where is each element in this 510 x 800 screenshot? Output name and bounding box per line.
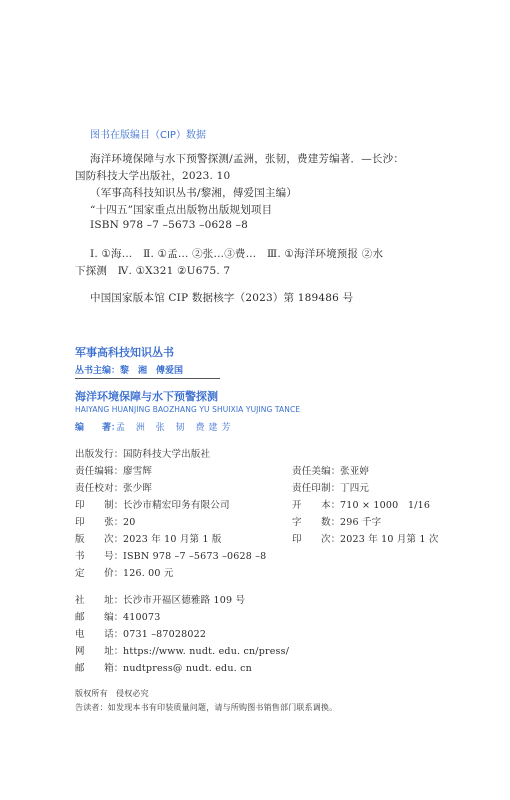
contact-value: 0731 –87028022 [123,629,206,640]
pub-row-sheets: 印 张：20 [75,514,136,528]
contact-label: 电 话： [75,626,123,640]
pub-row-printing: 印 次：2023 年 10 月第 1 次 [292,531,439,545]
pub-row-publisher: 出版发行：国防科技大学出版社 [75,446,210,460]
pub-row-proofreader: 责任校对：张少晖 [75,480,152,494]
pub-label: 出版发行： [75,446,123,460]
pub-row-art-editor: 责任美编：张亚婷 [292,463,369,477]
pub-row-isbn: 书 号：ISBN 978 –7 –5673 –0628 –8 [75,548,266,562]
pub-row-price: 定 价：126. 00 元 [75,565,174,579]
cip-classification-1: Ⅰ. ①海… Ⅱ. ①孟… ②张…③费… Ⅲ. ①海洋环境预报 ②水 [90,246,383,261]
series-editors: 丛书主编：黎 湘 傅爱国 [75,363,183,376]
pub-value: 2023 年 10 月第 1 次 [340,534,439,545]
contact-email: 邮 箱：nudtpress@ nudt. edu. cn [75,660,252,674]
pub-label: 定 价： [75,565,123,579]
contact-phone: 电 话：0731 –87028022 [75,626,206,640]
pub-value: 126. 00 元 [123,568,174,579]
contact-value: nudtpress@ nudt. edu. cn [123,663,252,674]
book-pinyin: HAIYANG HUANJING BAOZHANG YU SHUIXIA YUJ… [75,405,300,414]
cip-isbn: ISBN 978 –7 –5673 –0628 –8 [90,219,248,231]
cip-line-2: 国防科技大学出版社，2023. 10 [75,168,230,183]
contact-value: https://www. nudt. edu. cn/press/ [123,646,289,657]
pub-value: 张亚婷 [340,466,369,477]
contact-value: 410073 [123,612,160,623]
pub-value: 长沙市精宏印务有限公司 [123,500,230,511]
pub-value: 廖雪辉 [123,466,152,477]
cip-line-4: “十四五”国家重点出版物出版规划项目 [90,202,272,217]
cip-line-3: （军事高科技知识丛书/黎湘，傅爱国主编） [90,185,297,200]
contact-value: 长沙市开福区德雅路 109 号 [123,595,245,606]
authors-value: 孟 洲 张 韧 费建芳 [116,420,234,433]
contact-address: 社 址：长沙市开福区德雅路 109 号 [75,592,245,606]
pub-row-word-count: 字 数：296 千字 [292,514,381,528]
pub-value: 20 [123,517,136,528]
pub-label: 书 号： [75,548,123,562]
contact-postcode: 邮 编：410073 [75,609,160,623]
pub-label: 责任编辑： [75,463,123,477]
series-title: 军事高科技知识丛书 [75,344,174,360]
contact-label: 邮 箱： [75,660,123,674]
pub-value: ISBN 978 –7 –5673 –0628 –8 [123,551,266,562]
reader-notice: 告读者：如发现本书有印装质量问题，请与所购图书销售部门联系调换。 [75,702,337,713]
pub-value: 丁四元 [340,483,369,494]
book-title: 海洋环境保障与水下预警探测 [75,388,218,404]
divider [75,378,220,379]
pub-row-edition: 版 次：2023 年 10 月第 1 版 [75,531,222,545]
pub-label: 印 制： [75,497,123,511]
pub-label: 责任美编： [292,463,340,477]
contact-label: 网 址： [75,643,123,657]
pub-value: 国防科技大学出版社 [123,449,210,460]
contact-website: 网 址：https://www. nudt. edu. cn/press/ [75,643,289,657]
pub-label: 印 次： [292,531,340,545]
cip-heading: 图书在版编目（CIP）数据 [90,126,206,141]
pub-label: 开 本： [292,497,340,511]
copyright-notice: 版权所有 侵权必究 [75,688,149,699]
pub-value: 2023 年 10 月第 1 版 [123,534,222,545]
contact-label: 邮 编： [75,609,123,623]
pub-value: 296 千字 [340,517,381,528]
pub-label: 责任校对： [75,480,123,494]
pub-row-format: 开 本：710 × 1000 1/16 [292,497,430,511]
pub-row-print-manager: 责任印制：丁四元 [292,480,369,494]
contact-label: 社 址： [75,592,123,606]
pub-label: 版 次： [75,531,123,545]
pub-row-editor: 责任编辑：廖雪辉 [75,463,152,477]
pub-label: 责任印制： [292,480,340,494]
cip-number: 中国国家版本馆 CIP 数据核字（2023）第 189486 号 [90,290,353,305]
pub-value: 张少晖 [123,483,152,494]
cip-line-1: 海洋环境保障与水下预警探测/孟洲，张韧，费建芳编著．—长沙： [90,151,404,166]
pub-value: 710 × 1000 1/16 [340,500,430,511]
cip-classification-2: 下探测 Ⅳ. ①X321 ②U675. 7 [75,263,230,278]
authors-label: 编 著： [75,420,120,433]
pub-label: 字 数： [292,514,340,528]
pub-label: 印 张： [75,514,123,528]
pub-row-printer: 印 制：长沙市精宏印务有限公司 [75,497,230,511]
